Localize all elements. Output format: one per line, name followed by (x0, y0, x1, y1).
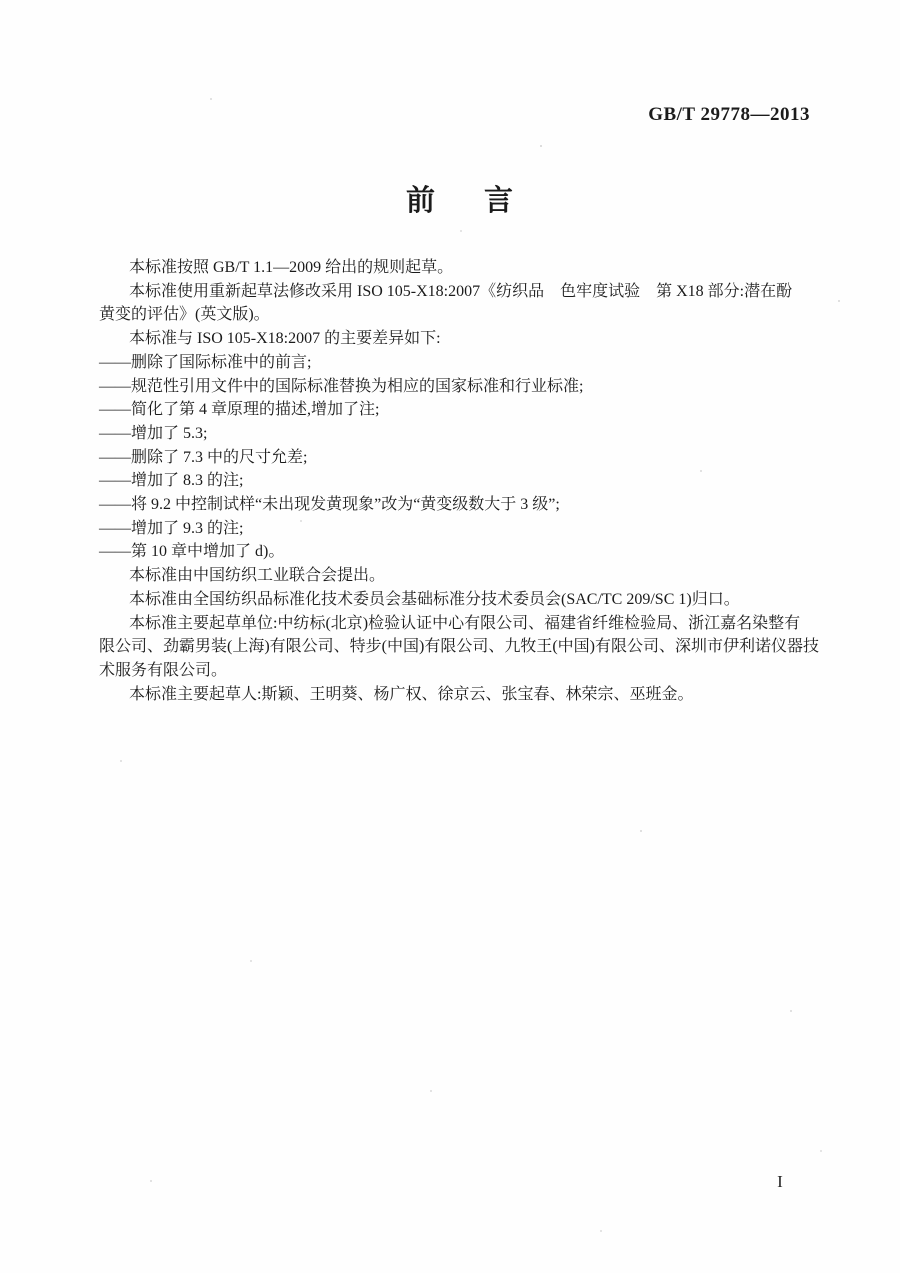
page-title: 前 言 (99, 178, 820, 219)
foreword-line: 限公司、劲霸男装(上海)有限公司、特步(中国)有限公司、九牧王(中国)有限公司、… (99, 635, 810, 659)
foreword-line: ——增加了 5.3; (99, 422, 810, 446)
foreword-line: 本标准使用重新起草法修改采用 ISO 105-X18:2007《纺织品 色牢度试… (99, 280, 810, 304)
foreword-line: 本标准主要起草单位:中纺标(北京)检验认证中心有限公司、福建省纤维检验局、浙江嘉… (99, 612, 810, 636)
foreword-line: ——删除了国际标准中的前言; (99, 351, 810, 375)
page-number: I (770, 1172, 790, 1192)
foreword-line: ——将 9.2 中控制试样“未出现发黄现象”改为“黄变级数大于 3 级”; (99, 493, 810, 517)
foreword-line: ——简化了第 4 章原理的描述,增加了注; (99, 398, 810, 422)
foreword-line: 本标准由中国纺织工业联合会提出。 (99, 564, 810, 588)
foreword-line: 本标准按照 GB/T 1.1—2009 给出的规则起草。 (99, 256, 810, 280)
foreword-line: 本标准主要起草人:斯颖、王明葵、杨广权、徐京云、张宝春、林荣宗、巫班金。 (99, 683, 810, 707)
standard-code: GB/T 29778—2013 (0, 104, 810, 126)
scan-noise (0, 0, 2, 2)
foreword-line: ——第 10 章中增加了 d)。 (99, 540, 810, 564)
foreword-line: ——增加了 9.3 的注; (99, 517, 810, 541)
foreword-body: 本标准按照 GB/T 1.1—2009 给出的规则起草。 本标准使用重新起草法修… (99, 256, 810, 706)
document-page: GB/T 29778—2013 前 言 本标准按照 GB/T 1.1—2009 … (0, 0, 900, 1273)
foreword-line: ——规范性引用文件中的国际标准替换为相应的国家标准和行业标准; (99, 375, 810, 399)
foreword-line: 术服务有限公司。 (99, 659, 810, 683)
foreword-line: 本标准由全国纺织品标准化技术委员会基础标准分技术委员会(SAC/TC 209/S… (99, 588, 810, 612)
foreword-line: 本标准与 ISO 105-X18:2007 的主要差异如下: (99, 327, 810, 351)
foreword-line: ——删除了 7.3 中的尺寸允差; (99, 446, 810, 470)
foreword-line: ——增加了 8.3 的注; (99, 469, 810, 493)
foreword-line: 黄变的评估》(英文版)。 (99, 303, 810, 327)
